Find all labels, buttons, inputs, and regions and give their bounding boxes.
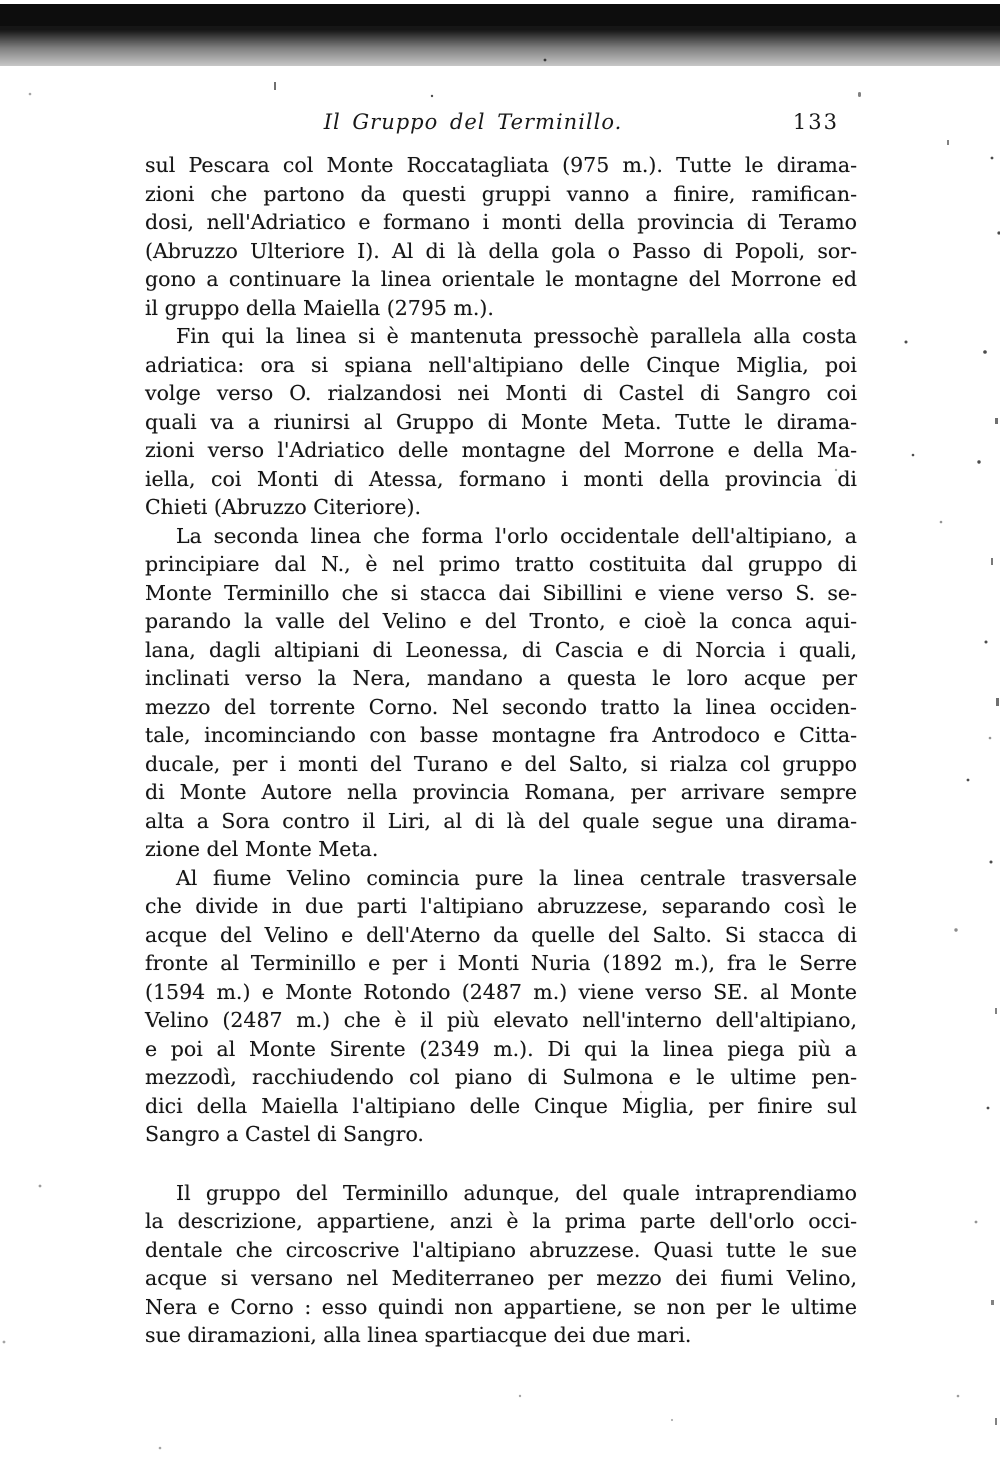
text-line: dosi, nell'Adriatico e formano i monti d… [145,208,857,237]
paragraph: La seconda linea che forma l'orlo occide… [145,522,857,864]
text-line: Chieti (Abruzzo Citeriore). [145,493,857,522]
text-line: fronte al Terminillo e per i Monti Nuria… [145,949,857,978]
page-number: 133 [793,110,839,134]
text-line: lana, dagli altipiani di Leonessa, di Ca… [145,636,857,665]
text-line: che divide in due parti l'altipiano abru… [145,892,857,921]
text-line: Nera e Corno : esso quindi non appartien… [145,1293,857,1322]
text-line: inclinati verso la Nera, mandano a quest… [145,664,857,693]
text-line: mezzo del torrente Corno. Nel secondo tr… [145,693,857,722]
text-line: iella, coi Monti di Atessa, formano i mo… [145,465,857,494]
text-line: Il gruppo del Terminillo adunque, del qu… [145,1179,857,1208]
text-line: ducale, per i monti del Turano e del Sal… [145,750,857,779]
running-title: Il Gruppo del Terminillo. [117,110,829,134]
paragraph: sul Pescara col Monte Roccatagliata (975… [145,151,857,322]
text-line: il gruppo della Maiella (2795 m.). [145,294,857,323]
text-line: zioni che partono da questi gruppi vanno… [145,180,857,209]
text-line: zione del Monte Meta. [145,835,857,864]
text-line: acque si versano nel Mediterraneo per me… [145,1264,857,1293]
text-line: adriatica: ora si spiana nell'altipiano … [145,351,857,380]
scan-noise-band [0,0,1000,84]
text-line: Fin qui la linea si è mantenuta pressoch… [145,322,857,351]
paragraph: Fin qui la linea si è mantenuta pressoch… [145,322,857,522]
text-line: quali va a riunirsi al Gruppo di Monte M… [145,408,857,437]
text-line: e poi al Monte Sirente (2349 m.). Di qui… [145,1035,857,1064]
text-line: mezzodì, racchiudendo col piano di Sulmo… [145,1063,857,1092]
text-line: dici della Maiella l'altipiano delle Cin… [145,1092,857,1121]
text-line: (Abruzzo Ulteriore I). Al di là della go… [145,237,857,266]
text-line: volge verso O. rialzandosi nei Monti di … [145,379,857,408]
text-line: Sangro a Castel di Sangro. [145,1120,857,1149]
text-line: principiare dal N., è nel primo tratto c… [145,550,857,579]
text-line: Al fiume Velino comincia pure la linea c… [145,864,857,893]
text-line: sul Pescara col Monte Roccatagliata (975… [145,151,857,180]
text-line: zioni verso l'Adriatico delle montagne d… [145,436,857,465]
text-line: la descrizione, appartiene, anzi è la pr… [145,1207,857,1236]
text-line: (1594 m.) e Monte Rotondo (2487 m.) vien… [145,978,857,1007]
text-block: sul Pescara col Monte Roccatagliata (975… [145,151,857,1350]
text-line: gono a continuare la linea orientale le … [145,265,857,294]
book-page: Il Gruppo del Terminillo. 133 sul Pescar… [0,0,1000,1472]
paragraph: Al fiume Velino comincia pure la linea c… [145,864,857,1149]
text-line: di Monte Autore nella provincia Romana, … [145,778,857,807]
text-line: dentale che circoscrive l'altipiano abru… [145,1236,857,1265]
text-line: alta a Sora contro il Liri, al di là del… [145,807,857,836]
text-line: tale, incominciando con basse montagne f… [145,721,857,750]
page-header: Il Gruppo del Terminillo. 133 [145,110,857,142]
text-line: Velino (2487 m.) che è il più elevato ne… [145,1006,857,1035]
text-line: parando la valle del Velino e del Tronto… [145,607,857,636]
text-line: Monte Terminillo che si stacca dai Sibil… [145,579,857,608]
text-line: La seconda linea che forma l'orlo occide… [145,522,857,551]
text-line: acque del Velino e dell'Aterno da quelle… [145,921,857,950]
paragraph: Il gruppo del Terminillo adunque, del qu… [145,1179,857,1350]
text-line: sue diramazioni, alla linea spartiacque … [145,1321,857,1350]
scan-noise-svg [0,0,1000,84]
